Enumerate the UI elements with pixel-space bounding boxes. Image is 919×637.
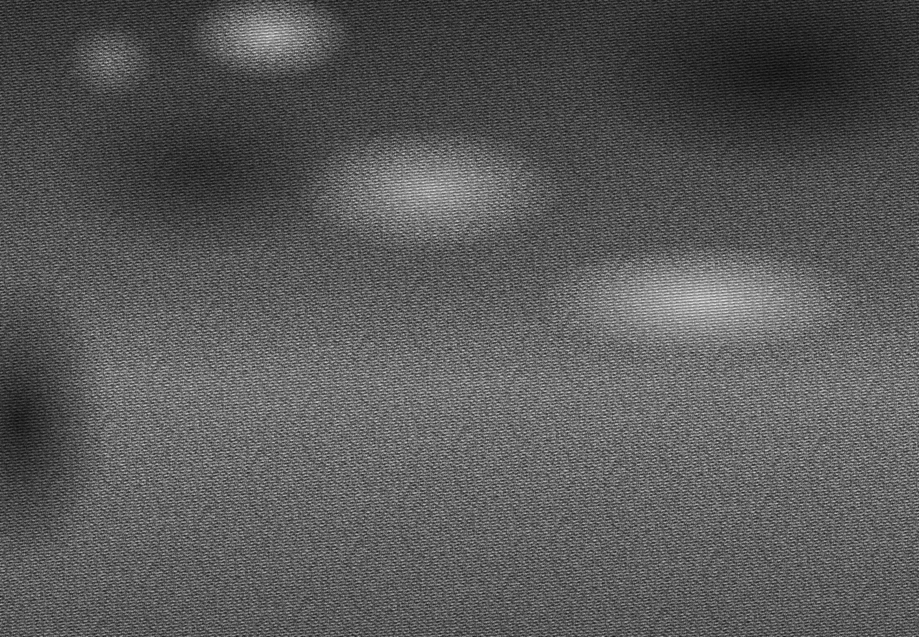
tv-screen-photograph — [0, 0, 919, 637]
scanline-noise-texture — [0, 0, 919, 637]
